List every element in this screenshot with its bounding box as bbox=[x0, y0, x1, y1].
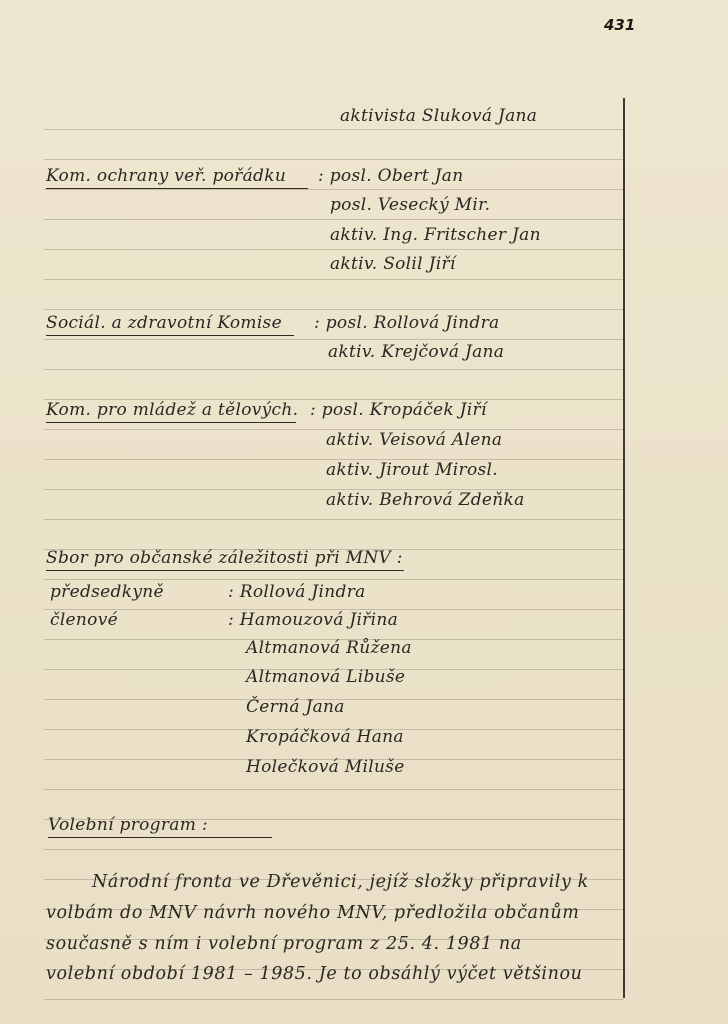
program-text-line: současně s ním i volební program z 25. 4… bbox=[46, 934, 522, 954]
ledger-page: 431 aktivista Sluková Jana Kom. ochrany … bbox=[0, 0, 728, 1024]
committee-member: posl. Vesecký Mir. bbox=[330, 195, 490, 215]
board-member: Černá Jana bbox=[246, 697, 345, 717]
chair-label: předsedkyně bbox=[50, 582, 164, 602]
committee-member: : posl. Kropáček Jiří bbox=[310, 400, 487, 420]
right-margin-line bbox=[623, 98, 625, 998]
committee-title: Kom. ochrany veř. pořádku bbox=[46, 166, 308, 189]
program-text-line: Národní fronta ve Dřevěnici, jejíž složk… bbox=[92, 872, 589, 892]
election-program-title: Volební program : bbox=[48, 815, 272, 838]
civic-board-title: Sbor pro občanské záležitosti při MNV : bbox=[46, 548, 404, 571]
board-member: Holečková Miluše bbox=[246, 757, 405, 777]
committee-member: aktiv. Behrová Zdeňka bbox=[326, 490, 525, 510]
board-member: Kropáčková Hana bbox=[246, 727, 404, 747]
board-member: : Hamouzová Jiřina bbox=[228, 610, 398, 630]
committee-member: aktiv. Veisová Alena bbox=[326, 430, 502, 450]
program-text-line: volbám do MNV návrh nového MNV, předloži… bbox=[46, 903, 579, 923]
committee-member: aktiv. Jirout Mirosl. bbox=[326, 460, 498, 480]
committee-member: aktiv. Solil Jiří bbox=[330, 254, 456, 274]
committee-member: aktiv. Krejčová Jana bbox=[328, 342, 504, 362]
committee-title: Kom. pro mládež a tělových. bbox=[46, 400, 296, 423]
board-member: Altmanová Růžena bbox=[246, 638, 412, 658]
program-text-line: volební období 1981 – 1985. Je to obsáhl… bbox=[46, 964, 583, 984]
committee-member: : posl. Obert Jan bbox=[318, 166, 463, 186]
committee-title: Sociál. a zdravotní Komise bbox=[46, 313, 294, 336]
chair-value: : Rollová Jindra bbox=[228, 582, 366, 602]
top-entry: aktivista Sluková Jana bbox=[340, 106, 537, 126]
page-number: 431 bbox=[604, 16, 635, 34]
members-label: členové bbox=[50, 610, 118, 630]
committee-member: aktiv. Ing. Fritscher Jan bbox=[330, 225, 541, 245]
board-member: Altmanová Libuše bbox=[246, 667, 405, 687]
committee-member: : posl. Rollová Jindra bbox=[314, 313, 499, 333]
